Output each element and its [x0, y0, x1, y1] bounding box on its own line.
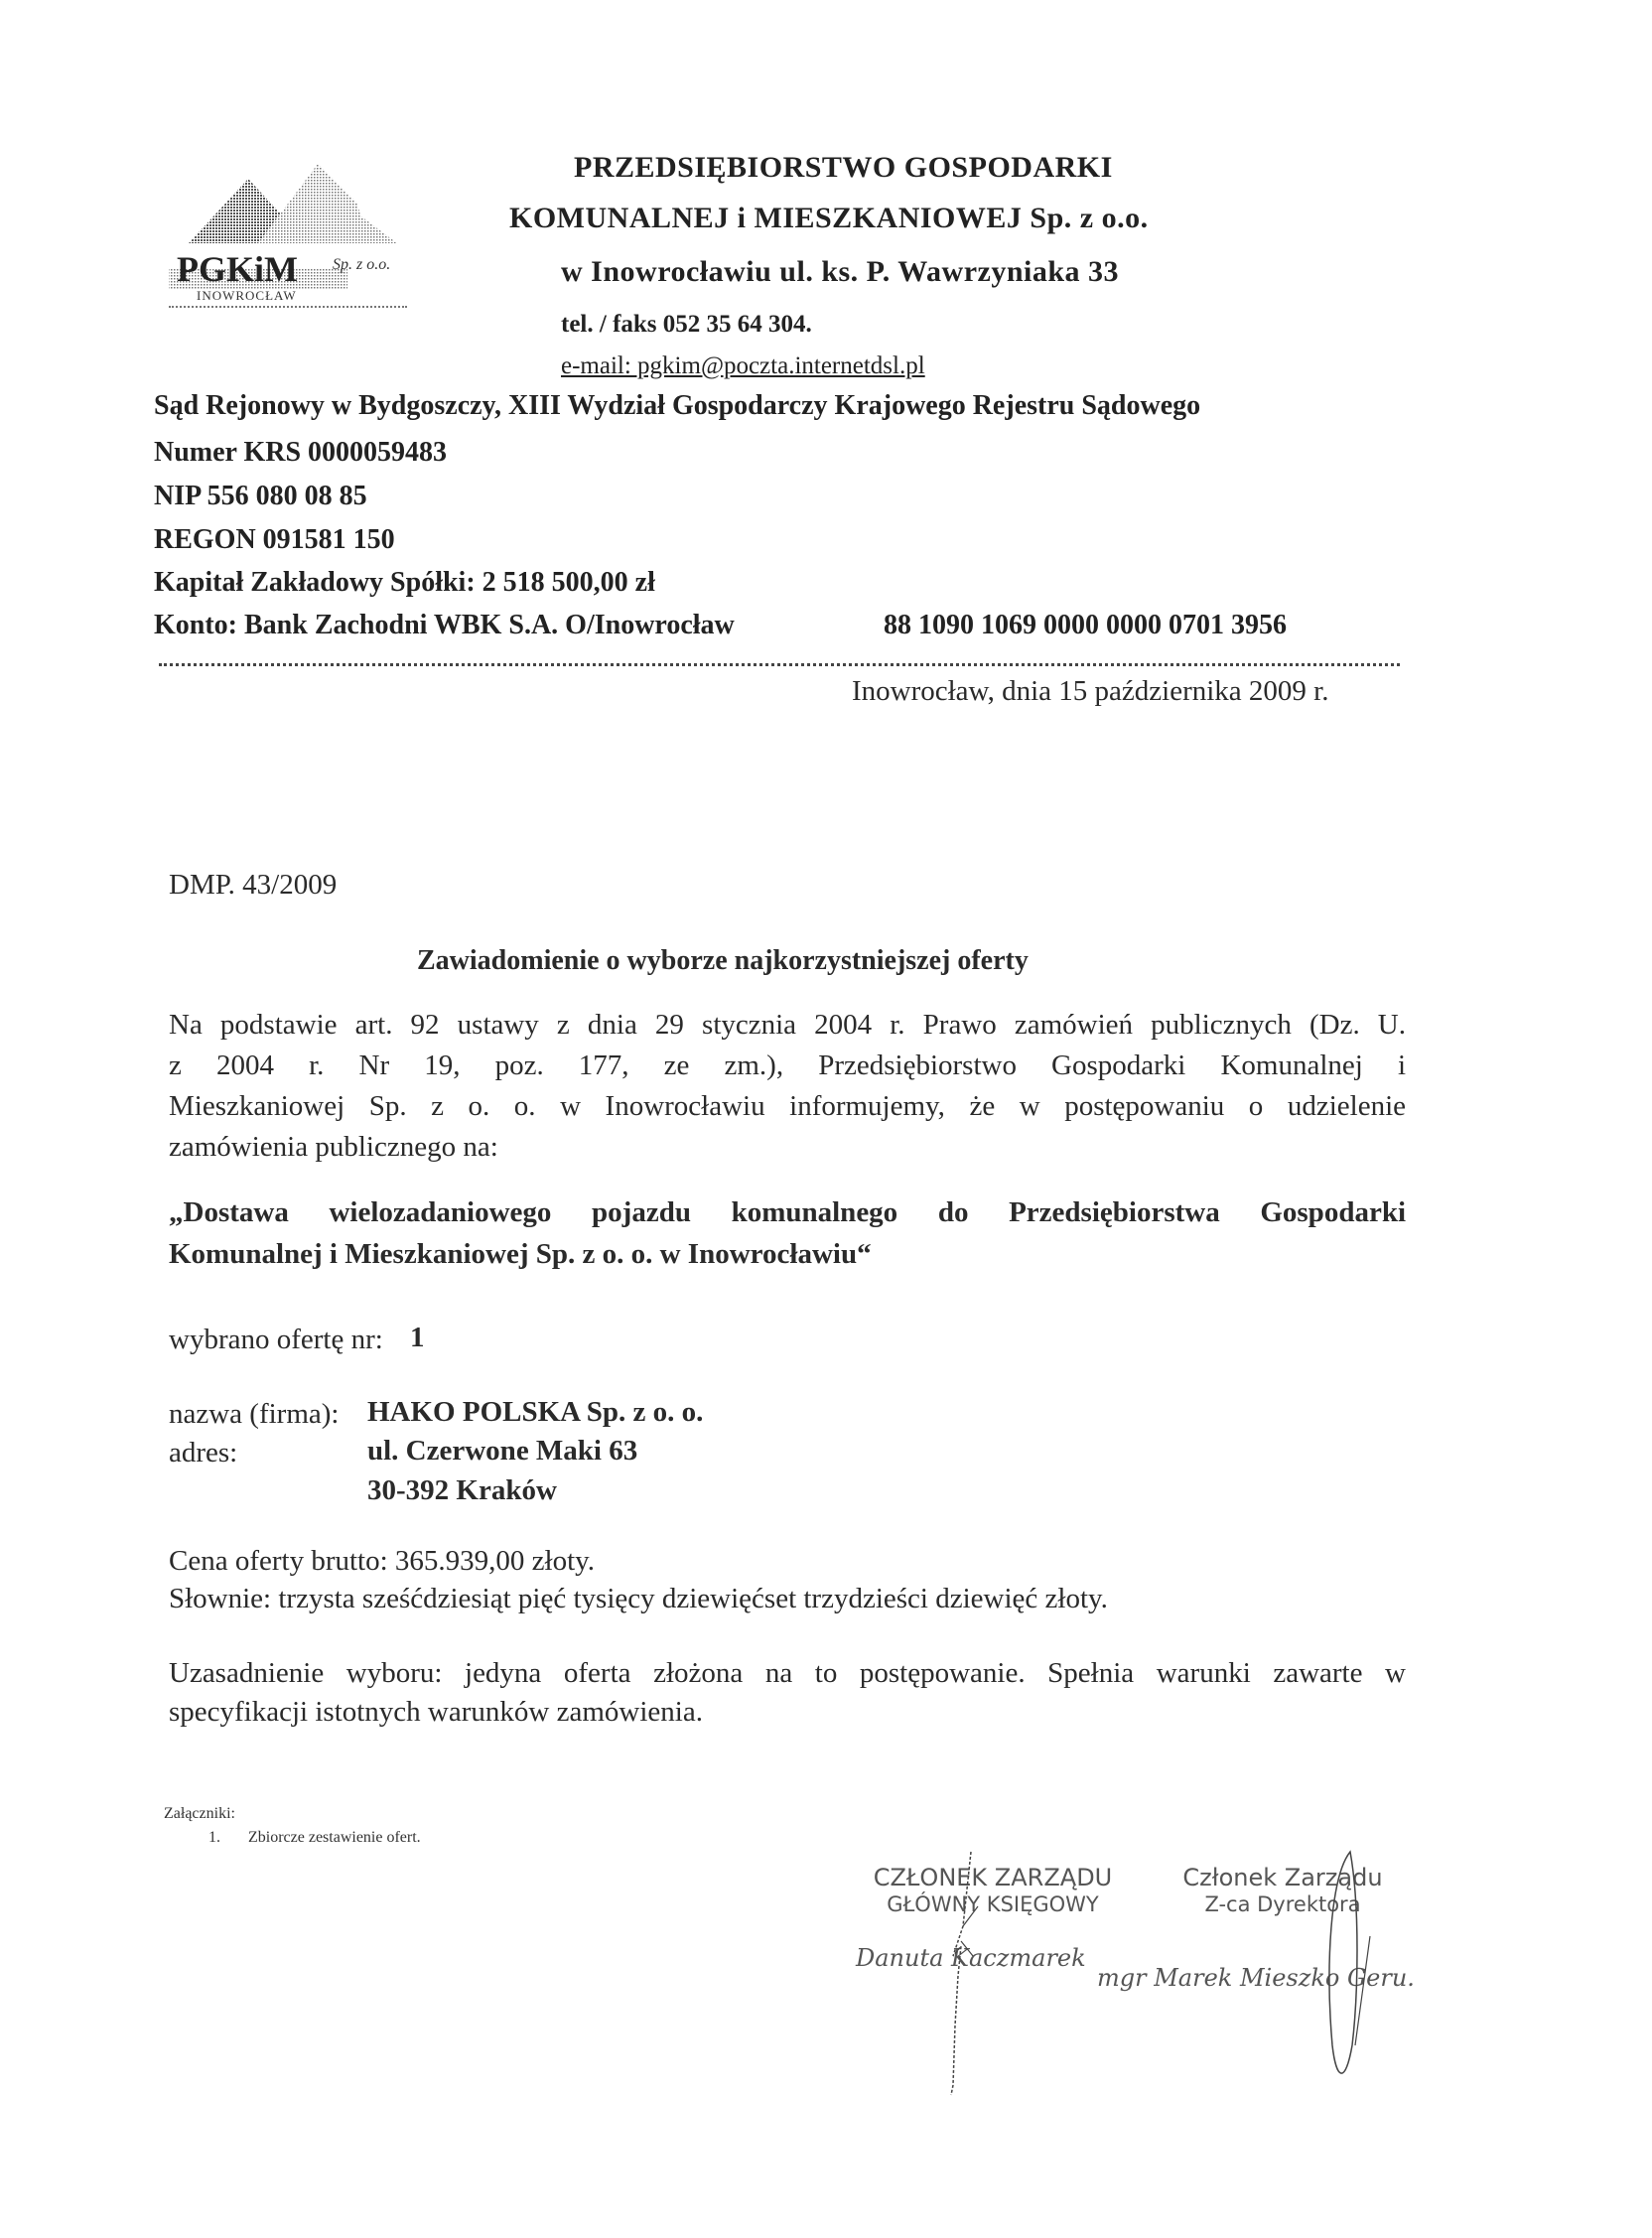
attachment-number: 1. [208, 1829, 220, 1847]
registry-capital: Kapitał Zakładowy Spółki: 2 518 500,00 z… [154, 567, 655, 599]
registry-account-label: Konto: Bank Zachodni WBK S.A. O/Inowrocł… [154, 610, 735, 641]
attachment-item: Zbiorcze zestawienie ofert. [248, 1829, 421, 1847]
logo-suffix: Sp. z o.o. [333, 256, 390, 274]
logo-city: INOWROCŁAW [197, 288, 297, 304]
date-line: Inowrocław, dnia 15 października 2009 r. [852, 675, 1328, 708]
logo-name: PGKiM [177, 248, 298, 290]
price-gross: Cena oferty brutto: 365.939,00 złoty. [169, 1545, 595, 1578]
registry-account-number: 88 1090 1069 0000 0000 0701 3956 [884, 610, 1287, 641]
intro-line-4: zamówienia publicznego na: [169, 1131, 498, 1164]
logo-divider [169, 306, 407, 308]
registry-nip: NIP 556 080 08 85 [154, 481, 367, 512]
company-label: nazwa (firma): [169, 1398, 339, 1431]
justification-line-2: specyfikacji istotnych warunków zamówien… [169, 1696, 703, 1729]
attachments-label: Załączniki: [164, 1805, 235, 1823]
address-line-1: ul. Czerwone Maki 63 [367, 1435, 637, 1468]
registry-krs: Numer KRS 0000059483 [154, 437, 447, 469]
registry-regon: REGON 091581 150 [154, 524, 395, 556]
intro-line-3: Mieszkaniowej Sp. z o. o. w Inowrocławiu… [169, 1090, 1406, 1123]
signature-1-icon [933, 1847, 1013, 2105]
subject-line-2: Komunalnej i Mieszkaniowej Sp. z o. o. w… [169, 1238, 872, 1271]
company-name: HAKO POLSKA Sp. z o. o. [367, 1396, 703, 1429]
intro-line-1: Na podstawie art. 92 ustawy z dnia 29 st… [169, 1009, 1406, 1042]
address-line-2: 30-392 Kraków [367, 1474, 557, 1507]
justification-line-1: Uzasadnienie wyboru: jedyna oferta złożo… [169, 1657, 1406, 1690]
selected-offer-label: wybrano ofertę nr: [169, 1324, 383, 1356]
document-title: Zawiadomienie o wyborze najkorzystniejsz… [417, 945, 1029, 977]
reference-number: DMP. 43/2009 [169, 869, 337, 902]
letterhead-line-2: KOMUNALNEJ i MIESZKANIOWEJ Sp. z o.o. [509, 202, 1149, 235]
letterhead-line-1: PRZEDSIĘBIORSTWO GOSPODARKI [574, 151, 1113, 185]
letterhead-phone: tel. / faks 052 35 64 304. [561, 311, 812, 339]
letterhead-email-link[interactable]: e-mail: pgkim@poczta.internetdsl.pl [561, 352, 925, 380]
signature-2-icon [1310, 1847, 1390, 2095]
selected-offer-number: 1 [410, 1322, 425, 1354]
intro-line-2: z 2004 r. Nr 19, poz. 177, ze zm.), Prze… [169, 1049, 1406, 1082]
price-in-words: Słownie: trzysta sześćdziesiąt pięć tysi… [169, 1583, 1108, 1615]
stamp-2-subtitle: Z-ca Dyrektora [1114, 1892, 1451, 1916]
letterhead-address: w Inowrocławiu ul. ks. P. Wawrzyniaka 33 [561, 255, 1119, 289]
subject-line-1: „Dostawa wielozadaniowego pojazdu komuna… [169, 1196, 1406, 1229]
header-divider [159, 663, 1400, 666]
stamp-2-title: Członek Zarządu [1114, 1864, 1451, 1891]
registry-court: Sąd Rejonowy w Bydgoszczy, XIII Wydział … [154, 390, 1200, 422]
address-label: adres: [169, 1437, 237, 1469]
